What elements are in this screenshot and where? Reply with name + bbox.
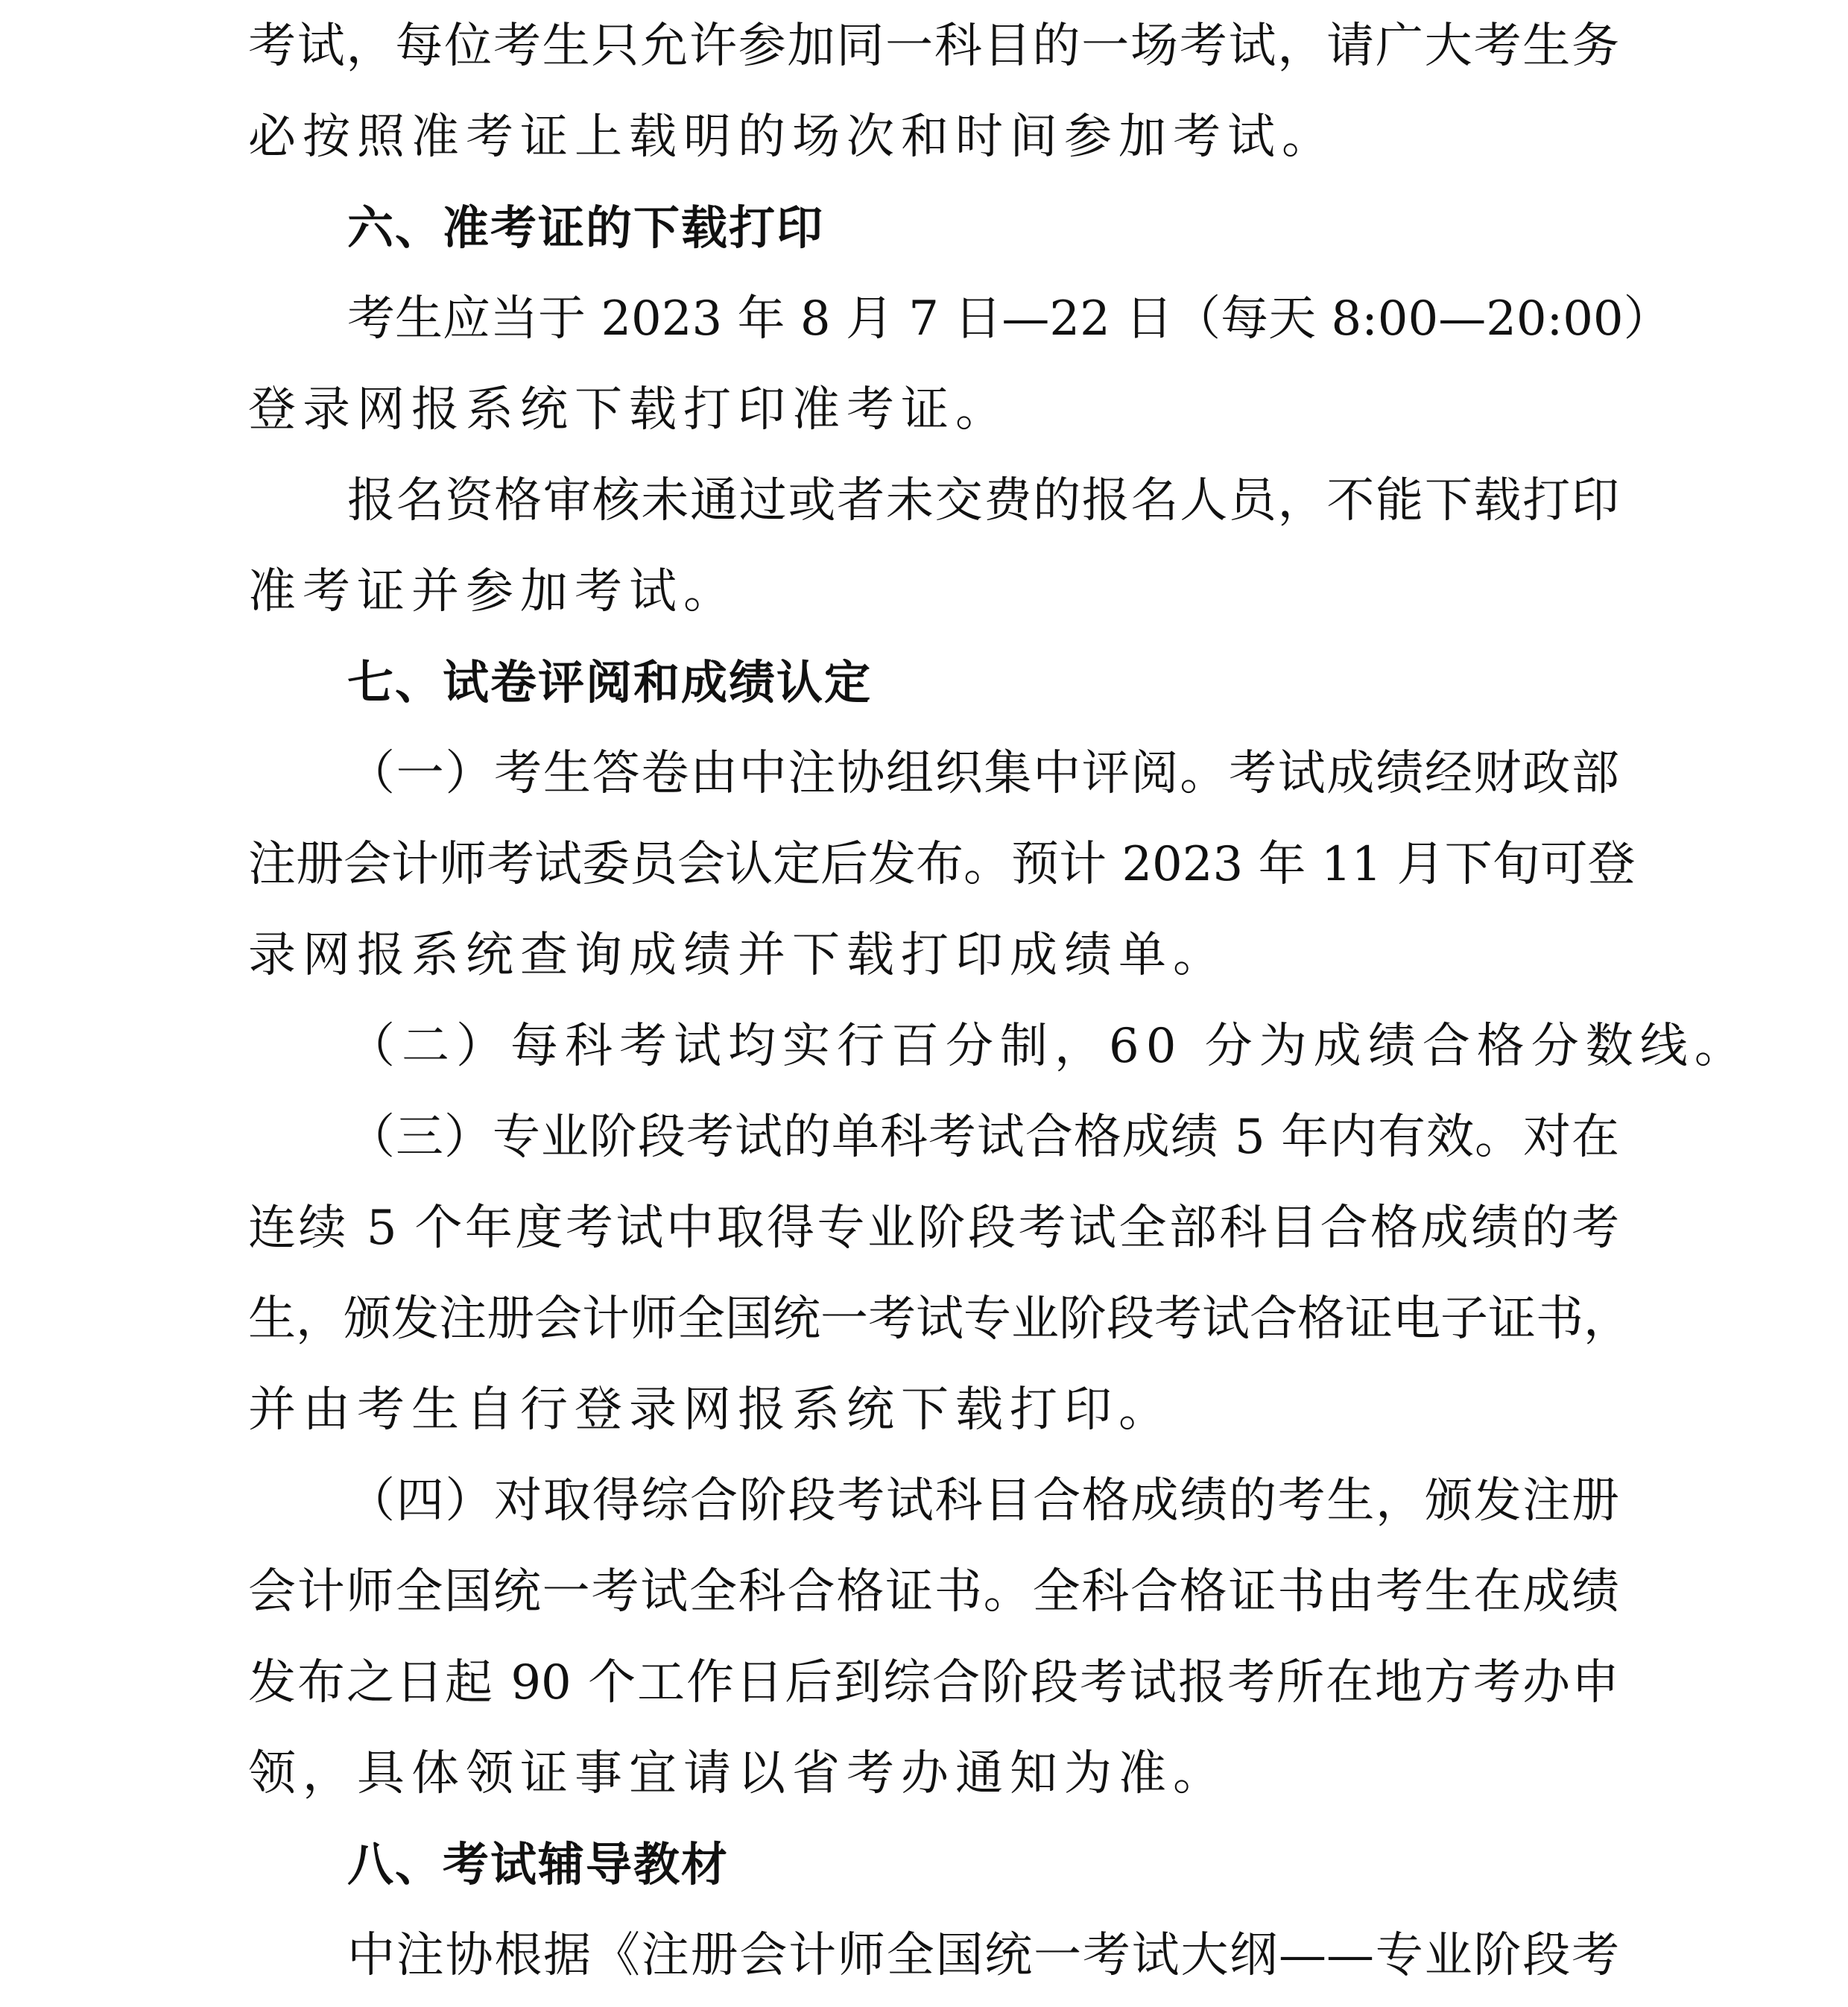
paragraph-line: 报名资格审核未通过或者未交费的报名人员，不能下载打印 — [347, 464, 1619, 538]
paragraph-line: （三）专业阶段考试的单科考试合格成绩 5 年内有效。对在 — [347, 1100, 1619, 1175]
section-heading-eight: 八、考试辅导教材 — [347, 1827, 729, 1902]
paragraph-line: 发布之日起 90 个工作日后到综合阶段考试报考所在地方考办申 — [248, 1646, 1619, 1720]
paragraph-line: 注册会计师考试委员会认定后发布。预计 2023 年 11 月下旬可登 — [248, 827, 1619, 902]
paragraph-line: （一）考生答卷由中注协组织集中评阅。考试成绩经财政部 — [347, 736, 1619, 811]
section-heading-six: 六、准考证的下载打印 — [347, 191, 824, 265]
paragraph-line: 必按照准考证上载明的场次和时间参加考试。 — [248, 100, 1336, 174]
paragraph-line: 连续 5 个年度考试中取得专业阶段考试全部科目合格成绩的考 — [248, 1191, 1619, 1265]
paragraph-line: 考试，每位考生只允许参加同一科目的一场考试，请广大考生务 — [248, 9, 1619, 83]
paragraph-line: 登录网报系统下载打印准考证。 — [248, 373, 1010, 447]
paragraph-line: （四）对取得综合阶段考试科目合格成绩的考生，颁发注册 — [347, 1464, 1619, 1538]
paragraph-line: 中注协根据《注册会计师全国统一考试大纲——专业阶段考 — [347, 1918, 1619, 1993]
paragraph-line: 并由考生自行登录网报系统下载打印。 — [248, 1373, 1173, 1447]
section-heading-seven: 七、试卷评阅和成绩认定 — [347, 645, 872, 720]
paragraph-line: 录网报系统查询成绩并下载打印成绩单。 — [248, 918, 1227, 993]
paragraph-line: 准考证并参加考试。 — [248, 554, 738, 629]
paragraph-line: （二）每科考试均实行百分制，60 分为成绩合格分数线。 — [347, 1009, 1749, 1084]
paragraph-line: 生，颁发注册会计师全国统一考试专业阶段考试合格证电子证书， — [248, 1282, 1619, 1356]
paragraph-line: 会计师全国统一考试全科合格证书。全科合格证书由考生在成绩 — [248, 1555, 1619, 1629]
paragraph-line: 领，具体领证事宜请以省考办通知为准。 — [248, 1736, 1227, 1811]
paragraph-line: 考生应当于 2023 年 8 月 7 日—22 日（每天 8:00—20:00） — [347, 282, 1619, 356]
